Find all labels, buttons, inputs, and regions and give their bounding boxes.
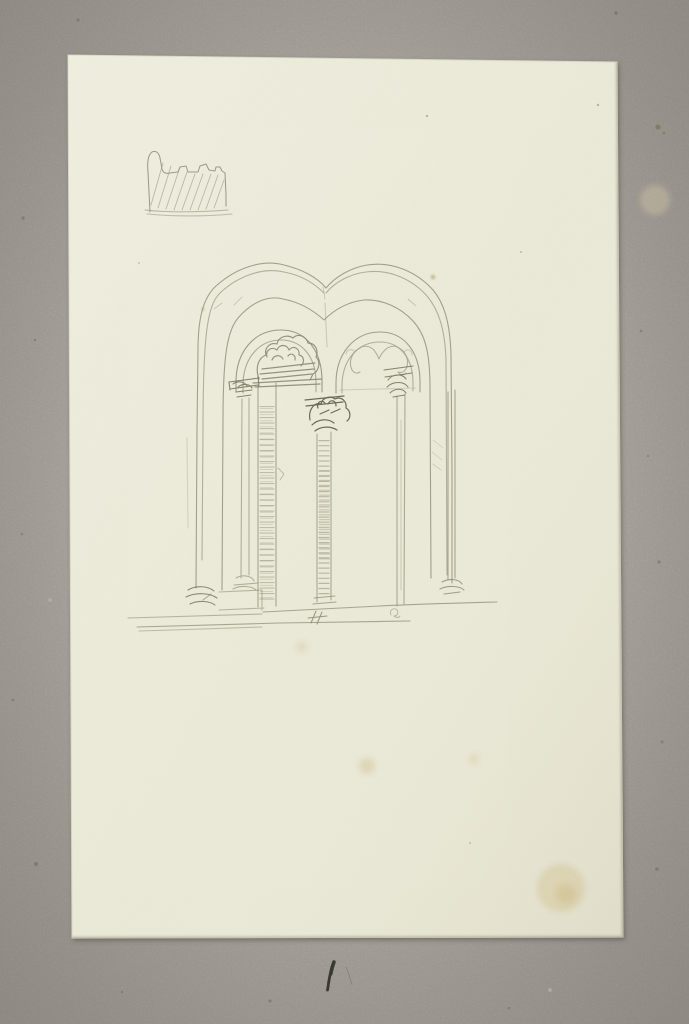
paper-sheet — [68, 46, 624, 939]
stain-small — [359, 758, 375, 774]
scan-canvas — [0, 0, 689, 1024]
artwork-photo — [0, 0, 689, 1024]
paper-texture-stains — [68, 46, 624, 939]
